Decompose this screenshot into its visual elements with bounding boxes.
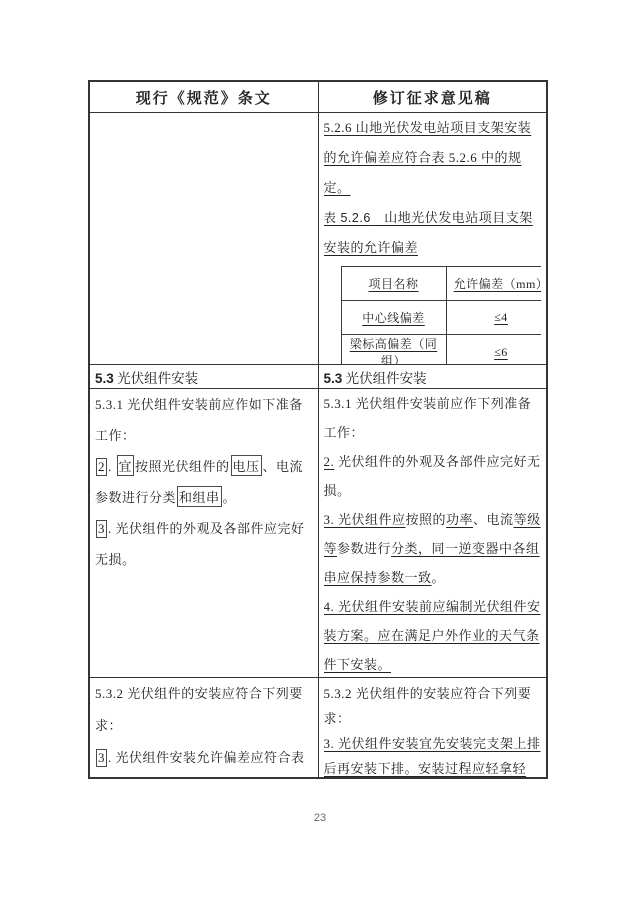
tolerance-row-beam-elevation: 梁标高偏差（同组） ≤6	[341, 335, 541, 365]
tolerance-header-row: 项目名称 允许偏差（mm）	[341, 267, 541, 301]
clause-526-text: 5.2.6 山地光伏发电站项目支架安装的允许偏差应符合表 5.2.6 中的规定。	[324, 113, 542, 203]
cell-526-current-empty	[95, 113, 313, 364]
clause-532-intro: 5.3.2 光伏组件的安装应符合下列要求：	[324, 681, 542, 731]
cell-532-current: 5.3.2 光伏组件的安装应符合下列要求： 3. 光伏组件安装允许偏差应符合表	[89, 678, 318, 779]
clause-531-item3: 3. 光伏组件的外观及各部件应完好无损。	[95, 513, 313, 575]
section-title: 光伏组件安装	[114, 371, 198, 386]
clause-532-intro: 5.3.2 光伏组件的安装应符合下列要求：	[95, 678, 313, 742]
tolerance-col-allowed: 允许偏差（mm）	[446, 267, 541, 301]
row-526: 5.2.6 山地光伏发电站项目支架安装的允许偏差应符合表 5.2.6 中的规定。…	[89, 113, 547, 365]
tolerance-item-name: 梁标高偏差（同组）	[341, 335, 446, 365]
table-526-caption: 表 5.2.6 山地光伏发电站项目支架安装的允许偏差	[324, 203, 542, 263]
clause-531-item2: 2. 光伏组件的外观及各部件应完好无损。	[324, 447, 542, 505]
section-title: 光伏组件安装	[342, 371, 426, 386]
page-number: 23	[0, 812, 640, 824]
clause-531-intro: 5.3.1 光伏组件安装前应作如下准备工作：	[95, 389, 313, 451]
cell-531-current: 5.3.1 光伏组件安装前应作如下准备工作： 2. 宜按照光伏组件的电压、电流参…	[89, 389, 318, 678]
column-header-current-spec: 现行《规范》条文	[89, 81, 318, 113]
cell-531-revision: 5.3.1 光伏组件安装前应作下列准备工作： 2. 光伏组件的外观及各部件应完好…	[318, 389, 547, 678]
tolerance-item-name: 中心线偏差	[341, 301, 446, 335]
row-531: 5.3.1 光伏组件安装前应作如下准备工作： 2. 宜按照光伏组件的电压、电流参…	[89, 389, 547, 678]
cell-532-revision: 5.3.2 光伏组件的安装应符合下列要求： 3. 光伏组件安装宜先安装完支架上排…	[318, 678, 547, 779]
row-532: 5.3.2 光伏组件的安装应符合下列要求： 3. 光伏组件安装允许偏差应符合表 …	[89, 678, 547, 779]
cell-526-current	[89, 113, 318, 365]
spec-comparison-table: 现行《规范》条文 修订征求意见稿 5.2.6 山地光伏发电站项目支架安装的允许偏…	[88, 80, 548, 779]
row-53-heading: 5.3 光伏组件安装 5.3 光伏组件安装	[89, 365, 547, 389]
clause-531-item4: 4. 光伏组件安装前应编制光伏组件安装方案。应在满足户外作业的天气条件下安装。	[324, 592, 542, 677]
tolerance-item-value: ≤6	[446, 335, 541, 365]
cell-53-revision: 5.3 光伏组件安装	[318, 365, 547, 389]
tolerance-item-value: ≤4	[446, 301, 541, 335]
clause-531-item2: 2. 宜按照光伏组件的电压、电流参数进行分类和组串。	[95, 451, 313, 513]
clause-532-item3: 3. 光伏组件安装宜先安装完支架上排后再安装下排。安装过程应轻拿轻放，	[324, 731, 542, 777]
table-header-row: 现行《规范》条文 修订征求意见稿	[89, 81, 547, 113]
clause-531-intro: 5.3.1 光伏组件安装前应作下列准备工作：	[324, 389, 542, 447]
section-number: 5.3	[324, 371, 343, 386]
clause-531-item3: 3. 光伏组件应按照的功率、电流等级等参数进行分类，同一逆变器中各组串应保持参数…	[324, 505, 542, 592]
tolerance-table: 项目名称 允许偏差（mm） 中心线偏差 ≤4 梁标高偏差（同组） ≤6	[341, 266, 542, 364]
document-page: { "page": { "number": "23" }, "table": {…	[0, 0, 640, 905]
tolerance-row-centerline: 中心线偏差 ≤4	[341, 301, 541, 335]
column-header-revision-draft: 修订征求意见稿	[318, 81, 547, 113]
section-number: 5.3	[95, 371, 114, 386]
clause-532-item3: 3. 光伏组件安装允许偏差应符合表	[95, 742, 313, 774]
cell-53-current: 5.3 光伏组件安装	[89, 365, 318, 389]
cell-526-revision: 5.2.6 山地光伏发电站项目支架安装的允许偏差应符合表 5.2.6 中的规定。…	[318, 113, 547, 365]
tolerance-col-item: 项目名称	[341, 267, 446, 301]
